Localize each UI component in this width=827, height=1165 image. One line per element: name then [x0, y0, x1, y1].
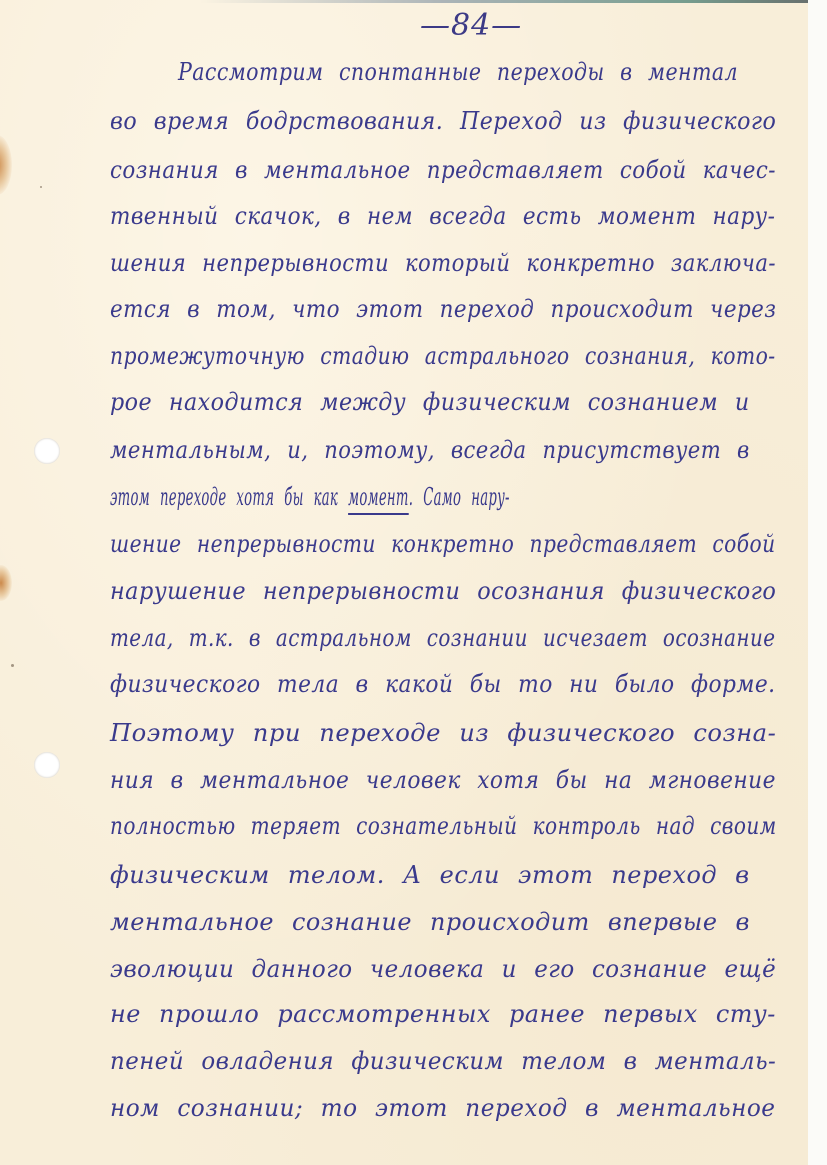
underlined-word: момент — [348, 483, 409, 511]
text-line: Рассмотрим спонтанные переходы в ментал — [178, 58, 738, 86]
text-line: физического тела в какой бы то ни было ф… — [110, 670, 776, 698]
text-line: ном сознании; то этот переход в ментальн… — [110, 1094, 775, 1122]
text-line: шения непрерывности который конкретно за… — [110, 249, 776, 277]
text-line: пеней овладения физическим телом в мента… — [110, 1047, 776, 1075]
text-line: рое находится между физическим сознанием… — [110, 388, 750, 416]
line-text: ном сознании; то этот переход в ментальн… — [110, 1094, 775, 1122]
line-text: ется в том, что этот переход происходит … — [110, 295, 776, 323]
text-line: этом переходе хотя бы как момент. Само н… — [110, 483, 510, 511]
line-text: физического тела в какой бы то ни было ф… — [110, 670, 776, 698]
line-text: эволюции данного человека и его сознание… — [110, 955, 776, 983]
text-line: эволюции данного человека и его сознание… — [110, 955, 776, 983]
line-text: Рассмотрим спонтанные переходы в ментал — [178, 58, 738, 86]
line-text: Поэтому при переходе из физического созн… — [110, 719, 776, 747]
manuscript-page: —84— Рассмотрим спонтанные переходы в ме… — [0, 0, 808, 1165]
text-line: полностью теряет сознательный контроль н… — [110, 812, 777, 840]
text-line: физическим телом. А если этот переход в — [110, 861, 750, 889]
text-line: не прошло рассмотренных ранее первых сту… — [110, 1000, 776, 1028]
line-text: этом переходе хотя бы как — [110, 483, 348, 511]
line-text: во время бодрствования. Переход из физич… — [110, 107, 776, 135]
text-line: тела, т.к. в астральном сознании исчезае… — [110, 624, 775, 652]
text-line: ментальное сознание происходит впервые в — [110, 908, 750, 936]
text-line: промежуточную стадию астрального сознани… — [110, 342, 776, 370]
text-line: во время бодрствования. Переход из физич… — [110, 107, 776, 135]
line-text: ментальное сознание происходит впервые в — [110, 908, 750, 936]
text-line: ется в том, что этот переход происходит … — [110, 295, 776, 323]
scan-margin — [808, 0, 827, 1165]
line-text: твенный скачок, в нем всегда есть момент… — [110, 202, 775, 230]
text-line: шение непрерывности конкретно представля… — [110, 530, 776, 558]
line-text: физическим телом. А если этот переход в — [110, 861, 750, 889]
line-text: шения непрерывности который конкретно за… — [110, 249, 776, 277]
text-line: ментальным, и, поэтому, всегда присутств… — [110, 436, 750, 464]
line-text: шение непрерывности конкретно представля… — [110, 530, 776, 558]
line-text: сознания в ментальное представляет собой… — [110, 156, 776, 184]
text-line: сознания в ментальное представляет собой… — [110, 156, 776, 184]
line-text: тела, т.к. в астральном сознании исчезае… — [110, 624, 775, 652]
line-text: нарушение непрерывности осознания физиче… — [110, 577, 776, 605]
text-line: Поэтому при переходе из физического созн… — [110, 719, 776, 747]
line-text: не прошло рассмотренных ранее первых сту… — [110, 1000, 776, 1028]
line-text: ментальным, и, поэтому, всегда присутств… — [110, 436, 750, 464]
line-text-after: . Само нару- — [409, 483, 510, 511]
handwritten-text-body: Рассмотрим спонтанные переходы в менталв… — [0, 0, 808, 1165]
line-text: промежуточную стадию астрального сознани… — [110, 342, 776, 370]
line-text: рое находится между физическим сознанием… — [110, 388, 750, 416]
text-line: ния в ментальное человек хотя бы на мгно… — [110, 766, 776, 794]
text-line: нарушение непрерывности осознания физиче… — [110, 577, 776, 605]
line-text: пеней овладения физическим телом в мента… — [110, 1047, 776, 1075]
line-text: полностью теряет сознательный контроль н… — [110, 812, 777, 840]
text-line: твенный скачок, в нем всегда есть момент… — [110, 202, 775, 230]
line-text: ния в ментальное человек хотя бы на мгно… — [110, 766, 776, 794]
